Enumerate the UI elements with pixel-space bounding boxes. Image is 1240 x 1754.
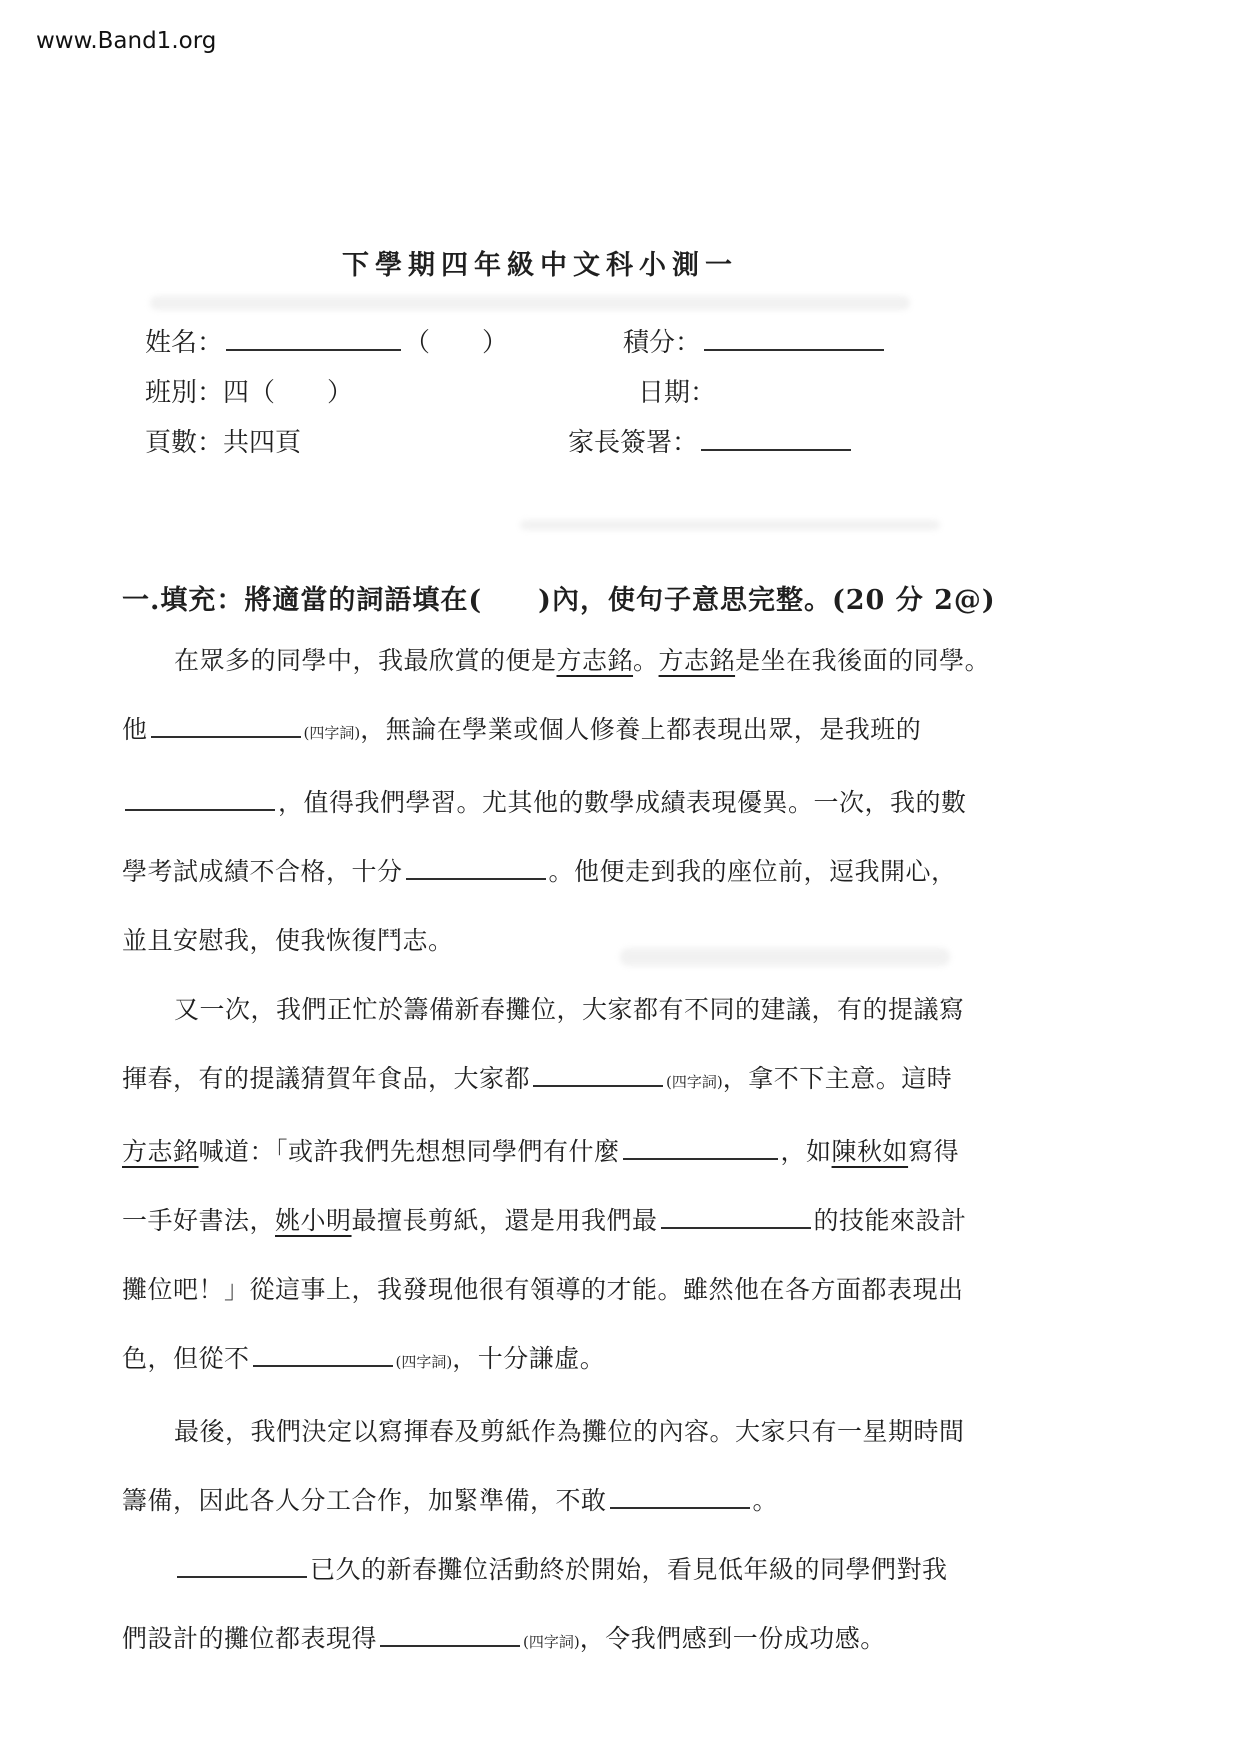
text-run: 他	[122, 715, 148, 744]
student-info-right-column: 積分：日期：家長簽署：	[568, 318, 887, 468]
info-row-score: 積分：	[568, 318, 887, 368]
body-line: 方志銘喊道：「或許我們先想想同學們有什麼，如陳秋如寫得	[122, 1117, 972, 1186]
fill-in-passage: 在眾多的同學中，我最欣賞的便是方志銘。方志銘是坐在我後面的同學。他(四字詞)，無…	[122, 626, 972, 1677]
body-line: 最後，我們決定以寫揮春及剪紙作為攤位的內容。大家只有一星期時間	[122, 1397, 972, 1466]
blank-field	[704, 323, 884, 351]
underlined-name: 方志銘	[659, 646, 736, 675]
text-run: 。	[633, 646, 659, 675]
blank-field	[125, 784, 275, 811]
blank-field	[380, 1620, 520, 1647]
blank-field	[406, 853, 546, 880]
text-run: 揮春，有的提議猜賀年食品，大家都	[122, 1064, 530, 1093]
word-type-hint: (四字詞)	[304, 724, 361, 742]
word-type-hint: (四字詞)	[396, 1353, 453, 1371]
word-type-hint: (四字詞)	[666, 1073, 723, 1091]
text-run: 並且安慰我，使我恢復鬥志。	[122, 926, 454, 955]
text-run: 寫得	[908, 1137, 959, 1166]
section-heading: 一.填充：將適當的詞語填在( )內，使句子意思完整。(20 分 2@)	[122, 578, 996, 617]
page-title: 下學期四年級中文科小測一	[120, 243, 960, 282]
text-run: 頁數：共四頁	[145, 428, 301, 458]
blank-field	[151, 711, 301, 738]
text-run: 學考試成績不合格，十分	[122, 857, 403, 886]
blank-field	[623, 1133, 778, 1160]
text-run: ，如	[781, 1137, 832, 1166]
body-line: 又一次，我們正忙於籌備新春攤位，大家都有不同的建議，有的提議寫	[122, 975, 972, 1044]
text-run: ，令我們感到一份成功感。	[580, 1624, 886, 1653]
text-run: 色，但從不	[122, 1344, 250, 1373]
scan-artifact	[520, 520, 940, 530]
text-run: 日期：	[638, 378, 716, 408]
text-run: 。	[753, 1486, 779, 1515]
blank-field	[177, 1551, 307, 1578]
text-run: 在眾多的同學中，我最欣賞的便是	[174, 646, 557, 675]
text-run: 們設計的攤位都表現得	[122, 1624, 377, 1653]
body-line: 學考試成績不合格，十分。他便走到我的座位前，逗我開心，	[122, 837, 972, 906]
blank-field	[533, 1060, 663, 1087]
underlined-name: 方志銘	[122, 1137, 199, 1166]
text-run: 籌備，因此各人分工合作，加緊準備，不敢	[122, 1486, 607, 1515]
text-run: 已久的新春攤位活動終於開始，看見低年級的同學們對我	[310, 1555, 948, 1584]
word-type-hint: (四字詞)	[523, 1633, 580, 1651]
text-run: 的技能來設計	[814, 1206, 967, 1235]
text-run: 家長簽署：	[568, 428, 698, 458]
blank-field	[610, 1482, 750, 1509]
underlined-name: 姚小明	[275, 1206, 352, 1235]
body-line: 他(四字詞)，無論在學業或個人修養上都表現出眾，是我班的	[122, 695, 972, 768]
info-row-pages: 頁數：共四頁	[145, 418, 508, 468]
scan-artifact	[150, 296, 910, 310]
info-row-parent-signature: 家長簽署：	[568, 418, 887, 468]
student-info-left-column: 姓名：（ ）班別：四（ ）頁數：共四頁	[145, 318, 508, 468]
text-run: ，無論在學業或個人修養上都表現出眾，是我班的	[360, 715, 921, 744]
text-run: （ ）	[404, 328, 508, 358]
text-run: ，十分謙虛。	[452, 1344, 605, 1373]
scanned-test-paper: www.Band1.org 下學期四年級中文科小測一 姓名：（ ）班別：四（ ）…	[0, 0, 1240, 1754]
text-run: 是坐在我後面的同學。	[735, 646, 990, 675]
body-line: 攤位吧！」從這事上，我發現他很有領導的才能。雖然他在各方面都表現出	[122, 1255, 972, 1324]
text-run: 姓名：	[145, 328, 223, 358]
body-line: 在眾多的同學中，我最欣賞的便是方志銘。方志銘是坐在我後面的同學。	[122, 626, 972, 695]
underlined-name: 方志銘	[557, 646, 634, 675]
text-run: 又一次，我們正忙於籌備新春攤位，大家都有不同的建議，有的提議寫	[174, 995, 965, 1024]
body-line: 已久的新春攤位活動終於開始，看見低年級的同學們對我	[122, 1535, 972, 1604]
body-line: 色，但從不(四字詞)，十分謙虛。	[122, 1324, 972, 1397]
text-run: ，值得我們學習。尤其他的數學成績表現優異。一次，我的數	[278, 788, 967, 817]
text-run: 班別：四（ ）	[145, 378, 353, 408]
info-row-class: 班別：四（ ）	[145, 368, 508, 418]
body-line: 揮春，有的提議猜賀年食品，大家都(四字詞)，拿不下主意。這時	[122, 1044, 972, 1117]
text-run: 積分：	[623, 328, 701, 358]
blank-field	[661, 1202, 811, 1229]
text-run: 一手好書法，	[122, 1206, 275, 1235]
text-run: 最後，我們決定以寫揮春及剪紙作為攤位的內容。大家只有一星期時間	[174, 1417, 965, 1446]
body-line: ，值得我們學習。尤其他的數學成績表現優異。一次，我的數	[122, 768, 972, 837]
body-line: 一手好書法，姚小明最擅長剪紙，還是用我們最的技能來設計	[122, 1186, 972, 1255]
underlined-name: 陳秋如	[832, 1137, 909, 1166]
text-run: 。他便走到我的座位前，逗我開心，	[549, 857, 957, 886]
info-row-name: 姓名：（ ）	[145, 318, 508, 368]
info-row-date: 日期：	[568, 368, 887, 418]
body-line: 們設計的攤位都表現得(四字詞)，令我們感到一份成功感。	[122, 1604, 972, 1677]
blank-field	[226, 323, 401, 351]
text-run: 最擅長剪紙，還是用我們最	[352, 1206, 658, 1235]
text-run: 攤位吧！」從這事上，我發現他很有領導的才能。雖然他在各方面都表現出	[122, 1275, 964, 1304]
body-line: 並且安慰我，使我恢復鬥志。	[122, 906, 972, 975]
blank-field	[253, 1340, 393, 1367]
site-watermark: www.Band1.org	[36, 28, 216, 54]
blank-field	[701, 423, 851, 451]
text-run: ，拿不下主意。這時	[723, 1064, 953, 1093]
text-run: 喊道：「或許我們先想想同學們有什麼	[199, 1137, 620, 1166]
body-line: 籌備，因此各人分工合作，加緊準備，不敢。	[122, 1466, 972, 1535]
